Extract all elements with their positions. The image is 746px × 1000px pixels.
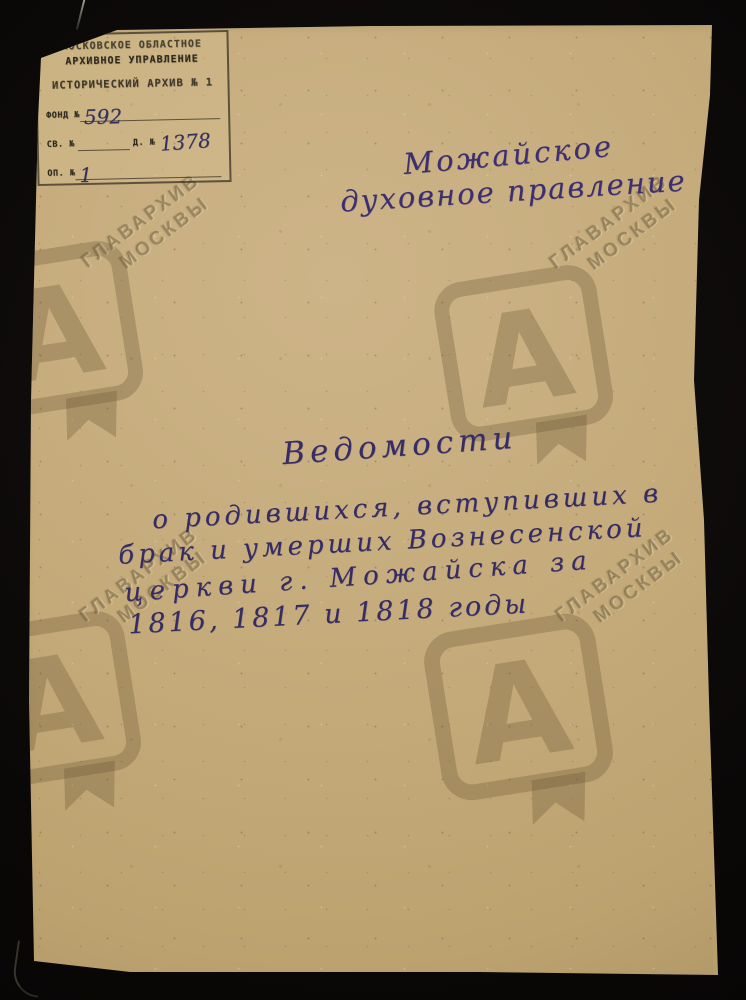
- stamp-archive-line: ИСТОРИЧЕСКИЙ АРХИВ № 1: [45, 75, 219, 94]
- fond-number: 592: [80, 104, 127, 129]
- stamp-op-row: ОП. № 1: [47, 155, 221, 181]
- glavarhiv-watermark-text: ГЛАВАРХИВ МОСКВЫ: [551, 523, 694, 647]
- archive-stamp: МОСКОВСКОЕ ОБЛАСТНОЕ АРХИВНОЕ УПРАВЛЕНИЕ…: [34, 30, 231, 186]
- document-subtitle-line2: брак и умерших Вознесенской: [118, 513, 648, 571]
- document-cover-paper: А ГЛАВАРХИВ МОСКВЫ А ГЛАВАРХИВ МОСКВЫ А …: [0, 0, 746, 1000]
- paper-curl-fragment: [10, 940, 45, 997]
- op-number: 1: [75, 163, 96, 187]
- delo-label: Д. №: [133, 138, 156, 150]
- svg-text:А: А: [456, 629, 581, 796]
- glavarhiv-watermark-text: ГЛАВАРХИВ МОСКВЫ: [77, 169, 220, 293]
- document-subtitle-line1: о родившихся, вступивших в: [152, 479, 663, 536]
- glavarhiv-logo-icon: А: [0, 229, 159, 458]
- delo-number: 1378: [155, 130, 215, 154]
- stamp-fond-row: ФОНД № 592: [46, 97, 220, 123]
- header-authority-line1: Можайское: [402, 129, 615, 181]
- svg-text:А: А: [0, 625, 110, 783]
- op-underline: 1: [75, 162, 221, 180]
- svg-text:А: А: [464, 279, 582, 437]
- fond-label: ФОНД №: [46, 110, 80, 123]
- glavarhiv-watermark-text: ГЛАВАРХИВ МОСКВЫ: [545, 170, 688, 294]
- stamp-org-line2: АРХИВНОЕ УПРАВЛЕНИЕ: [45, 52, 219, 70]
- glavarhiv-logo-icon: А: [412, 602, 629, 843]
- stamp-sv-delo-row: СВ. № Д. № 1378: [46, 126, 220, 152]
- stamp-org-line1: МОСКОВСКОЕ ОБЛАСТНОЕ: [45, 37, 219, 55]
- document-subtitle-line4: 1816, 1817 и 1818 годы: [127, 589, 530, 641]
- sv-underline: [78, 135, 130, 151]
- photo-background: А ГЛАВАРХИВ МОСКВЫ А ГЛАВАРХИВ МОСКВЫ А …: [0, 0, 746, 1000]
- fond-underline: 592: [80, 104, 221, 122]
- sv-label: СВ. №: [47, 139, 75, 152]
- header-authority-line2: духовное правление: [339, 163, 687, 218]
- document-subtitle-line3: церкви г. Можайска за: [124, 546, 595, 609]
- glavarhiv-logo-icon: А: [423, 253, 629, 482]
- svg-text:А: А: [0, 255, 112, 413]
- dust-thread: [76, 0, 86, 30]
- glavarhiv-watermark-text: ГЛАВАРХИВ МОСКВЫ: [75, 523, 218, 647]
- op-label: ОП. №: [47, 168, 75, 181]
- glavarhiv-logo-icon: А: [0, 599, 157, 828]
- document-title: Ведомости: [281, 420, 518, 472]
